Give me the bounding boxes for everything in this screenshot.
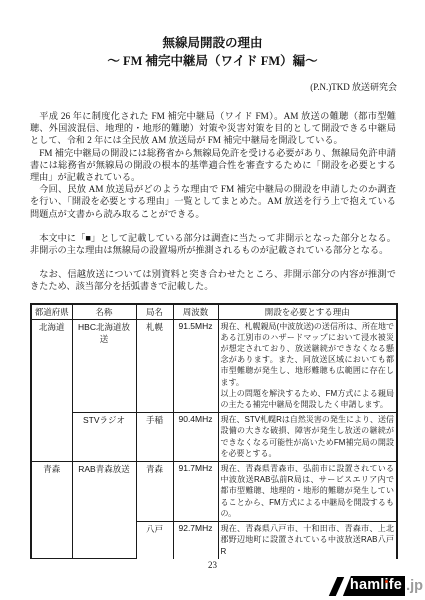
frequency-cell: 90.4MHz: [173, 413, 218, 462]
prefecture-cell: 北海道: [31, 319, 72, 461]
broadcaster-cell: RAB青森放送: [72, 462, 136, 559]
table-row: 青森 RAB青森放送 青森 91.7MHz 現在、青森県青森市、弘前市に設置され…: [31, 462, 397, 522]
reason-cell: 現在、STV札幌Rは自然災害の発生により、送信設備の大きな破損、障害が発生し放送…: [218, 413, 397, 462]
col-header-prefecture: 都道府県: [31, 304, 72, 320]
frequency-cell: 92.7MHz: [173, 522, 218, 559]
frequency-cell: 91.5MHz: [173, 319, 218, 413]
author-credit: (P.N.)TKD 放送研究会: [0, 82, 397, 93]
prefecture-cell: 青森: [31, 462, 72, 559]
paragraph-spacer: [30, 256, 396, 268]
table-row: STVラジオ 手稲 90.4MHz 現在、STV札幌Rは自然災害の発生により、送…: [31, 413, 397, 462]
col-header-name: 名称: [72, 304, 136, 320]
hamlife-logo: hamlife .jp: [333, 576, 423, 596]
document-page: 無線局開設の理由 ～ FM 補完中継局（ワイド FM）編～ (P.N.)TKD …: [0, 0, 425, 600]
station-cell: 八戸: [136, 522, 173, 559]
logo-text-i: i: [385, 577, 389, 593]
body-paragraph-3: 今回、民放 AM 放送局がどのような理由で FM 補完中継局の開設を申請したのか…: [30, 183, 396, 220]
col-header-frequency: 周波数: [173, 304, 218, 320]
station-cell: 青森: [136, 462, 173, 522]
logo-jp-suffix: .jp: [406, 578, 423, 594]
broadcaster-cell: STVラジオ: [72, 413, 136, 462]
reason-cell: 現在、青森県八戸市、十和田市、青森市、上北郡野辺地町に設置されている中波放送RA…: [218, 522, 397, 559]
page-subtitle: ～ FM 補完中継局（ワイド FM）編～: [0, 53, 425, 69]
reason-cell: 現在、札幌親局(中波放送)の送信所は、所在地である江別市のハザードマップにおいて…: [218, 319, 397, 413]
body-paragraph-4: 本文中に「■」として記載している部分は調査に当たって非開示となった部分となる。非…: [30, 232, 396, 256]
logo-banner: hamlife: [343, 576, 405, 596]
station-cell: 札幌: [136, 319, 173, 413]
station-cell: 手稲: [136, 413, 173, 462]
broadcaster-cell: HBC北海道放送: [72, 319, 136, 413]
logo-text-part1: haml: [350, 577, 385, 593]
table-header-row: 都道府県 名称 局名 周波数 開設を必要とする理由: [31, 304, 397, 320]
reasons-table: 都道府県 名称 局名 周波数 開設を必要とする理由 北海道 HBC北海道放送 札…: [30, 303, 398, 560]
body-paragraph-5: なお、信越放送については別資料と突き合わせたところ、非開示部分の内容が推測できた…: [30, 268, 396, 292]
logo-text-part3: fe: [389, 577, 402, 593]
page-title: 無線局開設の理由: [0, 36, 425, 51]
reason-cell: 現在、青森県青森市、弘前市に設置されている中波放送RAB弘前R局は、サービスエリ…: [218, 462, 397, 522]
paragraph-spacer: [30, 220, 396, 232]
body-text: 平成 26 年に制度化された FM 補完中継局（ワイド FM）。AM 放送の難聴…: [30, 110, 396, 293]
col-header-station: 局名: [136, 304, 173, 320]
frequency-cell: 91.7MHz: [173, 462, 218, 522]
col-header-reason: 開設を必要とする理由: [218, 304, 397, 320]
page-number: 23: [0, 560, 425, 570]
logo-slash-icon: [329, 577, 344, 596]
table-row: 北海道 HBC北海道放送 札幌 91.5MHz 現在、札幌親局(中波放送)の送信…: [31, 319, 397, 413]
body-paragraph-1: 平成 26 年に制度化された FM 補完中継局（ワイド FM）。AM 放送の難聴…: [30, 110, 396, 147]
body-paragraph-2: FM 補完中継局の開設には総務省から無線局免許を受ける必要があり、無線局免許申請…: [30, 147, 396, 184]
